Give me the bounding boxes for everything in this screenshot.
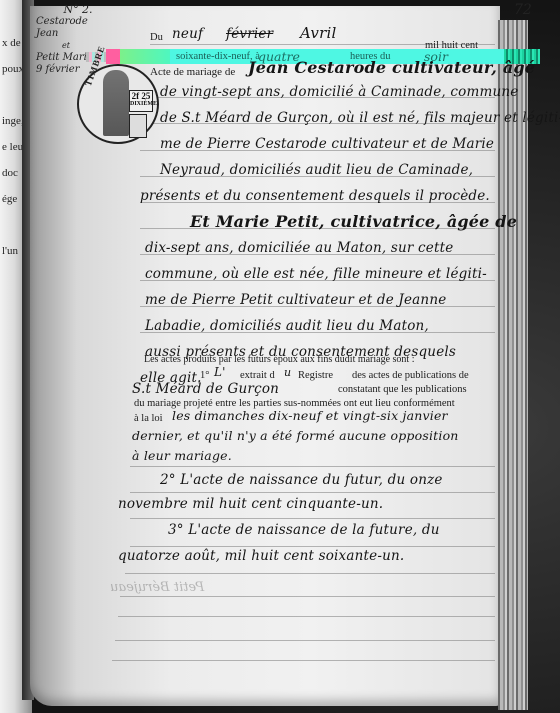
item2-line-2: novembre mil huit cent cinquante-un. xyxy=(118,496,383,512)
shield-icon xyxy=(129,114,147,138)
struck-month: février xyxy=(226,26,273,42)
stamp-value: 2f 25 DIXIÈME xyxy=(129,90,153,112)
ruled-line xyxy=(118,616,495,617)
item1-printed-f: à la loi xyxy=(134,413,163,424)
ruled-line xyxy=(120,596,495,597)
act-number: N° 2. xyxy=(50,4,106,16)
item3-line-1: 3° L'acte de naissance de la future, du xyxy=(168,522,440,538)
item1-hand-prefix: L' xyxy=(214,365,226,379)
item1-registre: Registre xyxy=(298,370,333,381)
margin-groom-name: Cestarode Jean xyxy=(36,16,88,39)
ruled-line xyxy=(112,660,495,661)
month-handwritten: Avril xyxy=(300,24,336,42)
item2-line-1: 2° L'acte de naissance du futur, du onze xyxy=(160,472,443,488)
groom-line-2: de vingt-sept ans, domicilié à Caminade,… xyxy=(160,84,518,100)
ruled-line xyxy=(130,518,495,519)
item1-printed-c: des actes de publications de xyxy=(352,370,469,381)
ruled-line xyxy=(125,573,495,574)
ruled-line xyxy=(130,492,495,493)
ruled-line xyxy=(115,640,495,641)
groom-line-4: me de Pierre Cestarode cultivateur et de… xyxy=(160,136,494,152)
margin-date: 9 février xyxy=(36,64,80,75)
margin-bride-name: Petit Marie xyxy=(36,52,93,63)
justice-figure-icon xyxy=(103,70,129,136)
bleedthrough-text: Petit Bérujeau xyxy=(110,580,204,595)
bride-line-3: commune, où elle est née, fille mineure … xyxy=(145,266,487,282)
item3-line-2: quatorze août, mil huit cent soixante-un… xyxy=(118,548,404,564)
bride-line-1: Et Marie Petit, cultivatrice, âgée de xyxy=(190,212,517,231)
tax-stamp: TIMBRE 2f 25 DIXIÈME xyxy=(77,64,159,144)
margin-and: et xyxy=(62,41,70,50)
artifact-segment xyxy=(106,49,120,64)
printed-acte-de-mariage: Acte de mariage de xyxy=(150,66,235,78)
printed-du: Du xyxy=(150,32,163,43)
bride-line-2: dix-sept ans, domiciliée au Maton, sur c… xyxy=(145,240,453,256)
item1-publication-dates: les dimanches dix-neuf et vingt-six janv… xyxy=(172,408,448,423)
ruled-line xyxy=(130,466,495,467)
ruled-line xyxy=(130,546,495,547)
groom-line-5: Neyraud, domiciliés audit lieu de Camina… xyxy=(160,162,473,178)
item1-printed-d: constatant que les publications xyxy=(338,384,467,395)
artifact-segment xyxy=(120,49,170,64)
item1-hand-a: u xyxy=(284,366,291,379)
groom-line-1: Jean Cestarode cultivateur, âgé xyxy=(248,58,535,77)
item1-commune-handwritten: S.t Méard de Gurçon xyxy=(132,381,279,397)
item1-continuation-2: à leur mariage. xyxy=(132,448,232,463)
item1-continuation-1: dernier, et qu'il n'y a été formé aucune… xyxy=(132,428,459,443)
documents-intro: Les actes produits par les futurs époux … xyxy=(144,354,415,365)
bride-line-4: me de Pierre Petit cultivateur et de Jea… xyxy=(145,292,446,308)
groom-line-6: présents et du consentement desquels il … xyxy=(140,188,490,204)
item1-printed-a: extrait d xyxy=(240,370,275,381)
groom-line-3: de S.t Méard de Gurçon, où il est né, fi… xyxy=(160,110,560,126)
bride-line-5: Labadie, domiciliés audit lieu du Maton, xyxy=(145,318,429,334)
day-handwritten: neuf xyxy=(172,26,203,42)
item1-number: 1° xyxy=(200,370,209,381)
folio-number: 72 xyxy=(514,2,532,18)
